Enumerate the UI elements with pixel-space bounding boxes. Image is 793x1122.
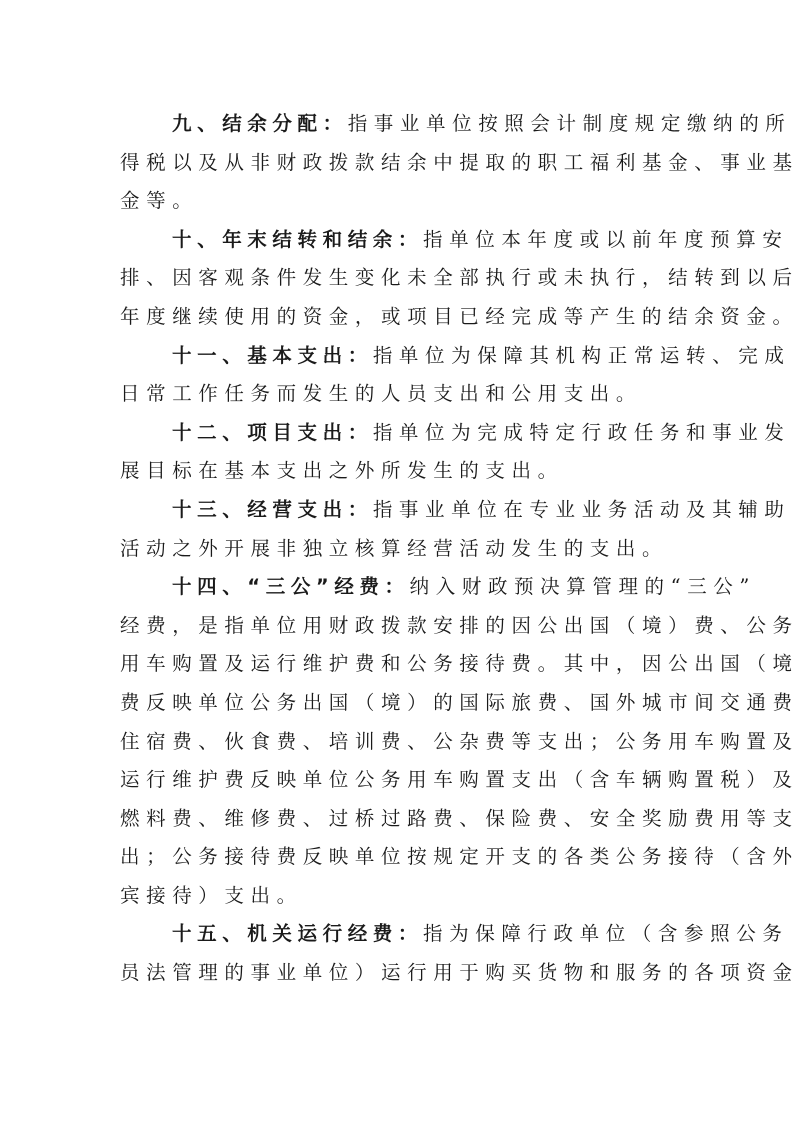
paragraph-line: 宾接待）支出。 [120, 877, 676, 916]
paragraph-line: 用车购置及运行维护费和公务接待费。其中，因公出国（境） [120, 645, 676, 684]
paragraph-three-public-expenses: 十四、“三公”经费：纳入财政预决算管理的“三公” 经费，是指单位用财政拨款安排的… [120, 568, 676, 915]
term-heading: 十二、项目支出： [172, 421, 373, 444]
paragraph-line: 经费，是指单位用财政拨款安排的因公出国（境）费、公务 [120, 607, 676, 646]
document-body: 九、结余分配：指事业单位按照会计制度规定缴纳的所 得税以及从非财政拨款结余中提取… [120, 105, 676, 993]
paragraph-line: 员法管理的事业单位）运行用于购买货物和服务的各项资金， [120, 954, 676, 993]
paragraph-line: 金等。 [120, 182, 676, 221]
paragraph-line: 排、因客观条件发生变化未全部执行或未执行，结转到以后 [120, 259, 676, 298]
paragraph-year-end-carryover: 十、年末结转和结余：指单位本年度或以前年度预算安 排、因客观条件发生变化未全部执… [120, 221, 676, 337]
paragraph-line: 费反映单位公务出国（境）的国际旅费、国外城市间交通费、 [120, 684, 676, 723]
paragraph-line: 十一、基本支出：指单位为保障其机构正常运转、完成 [120, 337, 676, 376]
definition-text: 指事业单位按照会计制度规定缴纳的所 [348, 112, 792, 135]
paragraph-surplus-distribution: 九、结余分配：指事业单位按照会计制度规定缴纳的所 得税以及从非财政拨款结余中提取… [120, 105, 676, 221]
paragraph-line: 十五、机关运行经费：指为保障行政单位（含参照公务 [120, 915, 676, 954]
paragraph-line: 展目标在基本支出之外所发生的支出。 [120, 452, 676, 491]
paragraph-basic-expenditure: 十一、基本支出：指单位为保障其机构正常运转、完成 日常工作任务而发生的人员支出和… [120, 337, 676, 414]
definition-text: 纳入财政预决算管理的“三公” [410, 575, 756, 598]
term-heading: 十三、经营支出： [172, 498, 373, 521]
definition-text: 指单位本年度或以前年度预算安 [423, 228, 788, 251]
paragraph-line: 年度继续使用的资金，或项目已经完成等产生的结余资金。 [120, 298, 676, 337]
paragraph-line: 活动之外开展非独立核算经营活动发生的支出。 [120, 530, 676, 569]
definition-text: 指事业单位在专业业务活动及其辅助 [373, 498, 791, 521]
paragraph-line: 十、年末结转和结余：指单位本年度或以前年度预算安 [120, 221, 676, 260]
paragraph-line: 九、结余分配：指事业单位按照会计制度规定缴纳的所 [120, 105, 676, 144]
definition-text: 指单位为完成特定行政任务和事业发 [373, 421, 791, 444]
definition-text: 指为保障行政单位（含参照公务 [423, 922, 788, 945]
term-heading: 十四、“三公”经费： [172, 575, 410, 598]
paragraph-operating-expenditure: 十三、经营支出：指事业单位在专业业务活动及其辅助 活动之外开展非独立核算经营活动… [120, 491, 676, 568]
paragraph-line: 十三、经营支出：指事业单位在专业业务活动及其辅助 [120, 491, 676, 530]
term-heading: 十五、机关运行经费： [172, 922, 423, 945]
paragraph-agency-operating-funds: 十五、机关运行经费：指为保障行政单位（含参照公务 员法管理的事业单位）运行用于购… [120, 915, 676, 992]
paragraph-line: 住宿费、伙食费、培训费、公杂费等支出；公务用车购置及 [120, 723, 676, 762]
document-page: 九、结余分配：指事业单位按照会计制度规定缴纳的所 得税以及从非财政拨款结余中提取… [0, 0, 793, 1122]
paragraph-line: 日常工作任务而发生的人员支出和公用支出。 [120, 375, 676, 414]
paragraph-project-expenditure: 十二、项目支出：指单位为完成特定行政任务和事业发 展目标在基本支出之外所发生的支… [120, 414, 676, 491]
term-heading: 九、结余分配： [172, 112, 348, 135]
paragraph-line: 得税以及从非财政拨款结余中提取的职工福利基金、事业基 [120, 144, 676, 183]
term-heading: 十、年末结转和结余： [172, 228, 423, 251]
paragraph-line: 燃料费、维修费、过桥过路费、保险费、安全奖励费用等支 [120, 800, 676, 839]
paragraph-line: 运行维护费反映单位公务用车购置支出（含车辆购置税）及 [120, 761, 676, 800]
paragraph-line: 十二、项目支出：指单位为完成特定行政任务和事业发 [120, 414, 676, 453]
definition-text: 指单位为保障其机构正常运转、完成 [373, 344, 791, 367]
paragraph-line: 十四、“三公”经费：纳入财政预决算管理的“三公” [120, 568, 676, 607]
term-heading: 十一、基本支出： [172, 344, 373, 367]
paragraph-line: 出；公务接待费反映单位按规定开支的各类公务接待（含外 [120, 838, 676, 877]
